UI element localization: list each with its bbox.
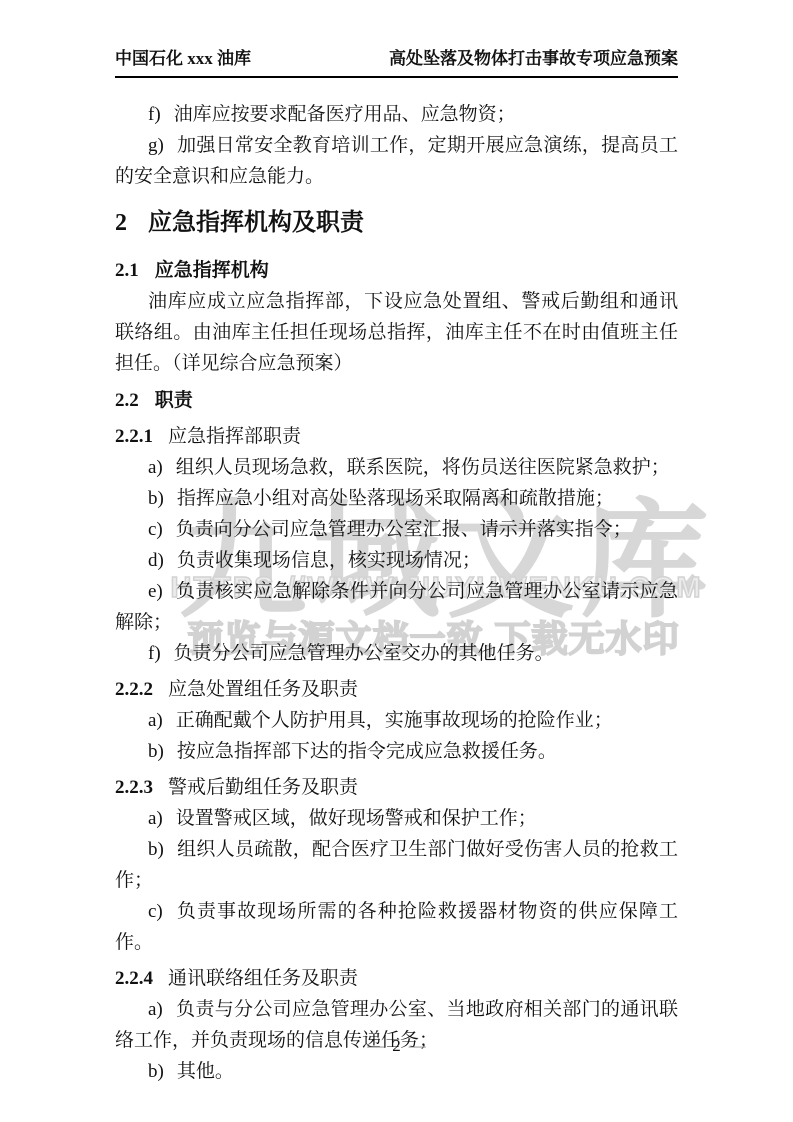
- heading-number: 2.1: [115, 260, 139, 281]
- list-item: b)按应急指挥部下达的指令完成应急救援任务。: [115, 736, 678, 767]
- document-body: f)油库应按要求配备医疗用品、应急物资；g)加强日常安全教育培训工作，定期开展应…: [115, 99, 678, 1087]
- list-marker: c): [148, 901, 163, 922]
- heading-number: 2.2.1: [115, 426, 153, 447]
- list-marker: b): [148, 741, 164, 762]
- list-item: a)正确配戴个人防护用具，实施事故现场的抢险作业；: [115, 705, 678, 736]
- list-marker: g): [148, 135, 164, 156]
- document-page: 九域文库 https://www.jiuyuwenku.com 预览与源文档一致…: [0, 0, 793, 1122]
- list-marker: f): [148, 104, 161, 125]
- subsubsection-heading: 2.2.2应急处置组任务及职责: [115, 674, 678, 705]
- list-marker: a): [148, 808, 163, 829]
- heading-number: 2.2.3: [115, 777, 153, 798]
- heading-title: 应急指挥机构及职责: [148, 210, 364, 236]
- list-item: d)负责收集现场信息，核实现场情况；: [115, 545, 678, 576]
- list-marker: d): [148, 550, 164, 571]
- list-item: a)组织人员现场急救，联系医院，将伤员送往医院紧急救护；: [115, 452, 678, 483]
- list-item: c)负责事故现场所需的各种抢险救援器材物资的供应保障工作。: [115, 896, 678, 958]
- subsubsection-heading: 2.2.1应急指挥部职责: [115, 421, 678, 452]
- list-marker: b): [148, 1061, 164, 1082]
- list-item: g)加强日常安全教育培训工作，定期开展应急演练，提高员工的安全意识和应急能力。: [115, 130, 678, 192]
- list-marker: a): [148, 999, 163, 1020]
- heading-number: 2.2: [115, 390, 139, 411]
- section-heading: 2应急指挥机构及职责: [115, 205, 678, 241]
- page-footer: —2—: [0, 1036, 793, 1056]
- list-item: e)负责核实应急解除条件并向分公司应急管理办公室请示应急解除；: [115, 576, 678, 638]
- list-item: c)负责向分公司应急管理办公室汇报、请示并落实指令；: [115, 514, 678, 545]
- header-right-title: 高处坠落及物体打击事故专项应急预案: [389, 44, 678, 69]
- heading-number: 2: [115, 210, 127, 236]
- heading-title: 应急指挥部职责: [168, 426, 301, 447]
- list-marker: b): [148, 839, 164, 860]
- list-marker: b): [148, 488, 164, 509]
- page-number: 2: [392, 1036, 401, 1055]
- subsubsection-heading: 2.2.4通讯联络组任务及职责: [115, 963, 678, 994]
- subsubsection-heading: 2.2.3警戒后勤组任务及职责: [115, 772, 678, 803]
- list-marker: c): [148, 519, 163, 540]
- paragraph: 油库应成立应急指挥部，下设应急处置组、警戒后勤组和通讯联络组。由油库主任担任现场…: [115, 286, 678, 379]
- list-marker: f): [148, 643, 161, 664]
- heading-title: 应急指挥机构: [155, 260, 269, 281]
- footer-dash-right: —: [409, 1036, 426, 1055]
- list-item: a)设置警戒区域，做好现场警戒和保护工作；: [115, 803, 678, 834]
- heading-title: 职责: [155, 390, 193, 411]
- page-header: 中国石化 xxx 油库 高处坠落及物体打击事故专项应急预案: [115, 44, 678, 78]
- heading-title: 警戒后勤组任务及职责: [168, 777, 358, 798]
- heading-number: 2.2.2: [115, 679, 153, 700]
- list-item: b)组织人员疏散，配合医疗卫生部门做好受伤害人员的抢救工作；: [115, 834, 678, 896]
- subsection-heading: 2.2职责: [115, 385, 678, 416]
- list-item: f)油库应按要求配备医疗用品、应急物资；: [115, 99, 678, 130]
- list-item: b)指挥应急小组对高处坠落现场采取隔离和疏散措施；: [115, 483, 678, 514]
- heading-number: 2.2.4: [115, 968, 153, 989]
- heading-title: 通讯联络组任务及职责: [168, 968, 358, 989]
- list-item: b)其他。: [115, 1056, 678, 1087]
- heading-title: 应急处置组任务及职责: [168, 679, 358, 700]
- list-marker: a): [148, 710, 163, 731]
- list-item: f)负责分公司应急管理办公室交办的其他任务。: [115, 638, 678, 669]
- list-marker: a): [148, 457, 163, 478]
- footer-dash-left: —: [367, 1036, 384, 1055]
- header-left-title: 中国石化 xxx 油库: [115, 44, 251, 69]
- subsection-heading: 2.1应急指挥机构: [115, 255, 678, 286]
- list-marker: e): [148, 581, 163, 602]
